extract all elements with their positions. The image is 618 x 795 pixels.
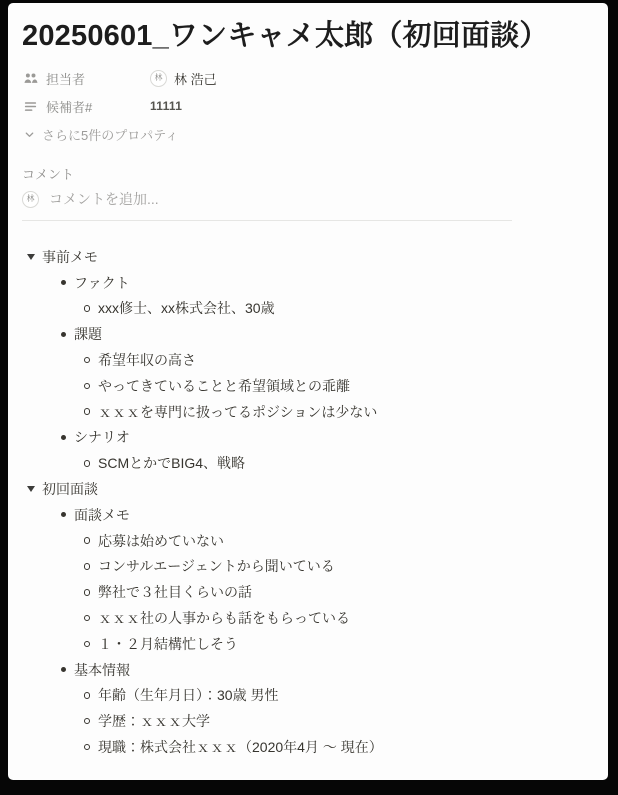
outline-item[interactable]: 基本情報	[22, 657, 588, 683]
outline-item-text: 現職：株式会社ｘｘｘ（2020年4月 ～ 現在）	[98, 737, 383, 757]
property-row-assignee[interactable]: 担当者 林 林 浩己	[22, 64, 588, 92]
outline-item[interactable]: xxx修士、xx株式会社、30歳	[22, 296, 588, 322]
chevron-down-icon	[22, 127, 36, 141]
outline-item[interactable]: 応募は始めていない	[22, 528, 588, 554]
avatar: 林	[150, 70, 167, 87]
outline-item-text: 応募は始めていない	[98, 531, 224, 551]
circle-bullet-icon[interactable]	[80, 605, 94, 631]
outline-item[interactable]: 面談メモ	[22, 502, 588, 528]
outline-item-text: ｘｘｘ社の人事からも話をもらっている	[98, 608, 350, 628]
outline-item[interactable]: 現職：株式会社ｘｘｘ（2020年4月 ～ 現在）	[22, 734, 588, 760]
circle-bullet-icon[interactable]	[80, 450, 94, 476]
circle-bullet-icon[interactable]	[80, 373, 94, 399]
outline-item-text: やってきていることと希望領域との乖離	[98, 376, 350, 396]
circle-bullet-icon[interactable]	[80, 579, 94, 605]
circle-bullet-icon[interactable]	[80, 683, 94, 709]
outline-item-text: 基本情報	[74, 660, 130, 680]
property-value-person[interactable]: 林 林 浩己	[150, 69, 217, 88]
outline-item-text: １・２月結構忙しそう	[98, 634, 238, 654]
outline-item[interactable]: コンサルエージェントから聞いている	[22, 554, 588, 580]
comment-input[interactable]: 林 コメントを追加...	[22, 186, 588, 212]
more-properties-button[interactable]: さらに5件のプロパティ	[22, 122, 588, 146]
toggle-triangle-icon[interactable]	[24, 476, 38, 502]
circle-bullet-icon[interactable]	[80, 631, 94, 657]
property-label: 担当者	[46, 69, 150, 88]
bullet-icon[interactable]	[56, 657, 70, 683]
page-content: 20250601_ワンキャメ太郎（初回面談） 担当者 林	[8, 3, 608, 760]
avatar: 林	[22, 191, 39, 208]
properties-panel: 担当者 林 林 浩己 候補者# 11111	[22, 64, 588, 146]
notion-page: 20250601_ワンキャメ太郎（初回面談） 担当者 林	[8, 3, 608, 780]
outline-item[interactable]: やってきていることと希望領域との乖離	[22, 373, 588, 399]
outline-item[interactable]: １・２月結構忙しそう	[22, 631, 588, 657]
outline-item-text: 学歴：ｘｘｘ大学	[98, 711, 210, 731]
text-icon	[22, 98, 38, 114]
outline-item[interactable]: SCMとかでBIG4、戦略	[22, 450, 588, 476]
outline-item-text: 弊社で３社目くらいの話	[98, 582, 252, 602]
outline-item-text: 年齢（生年月日）：30歳 男性	[98, 685, 278, 705]
outline-item[interactable]: 年齢（生年月日）：30歳 男性	[22, 683, 588, 709]
circle-bullet-icon[interactable]	[80, 734, 94, 760]
property-row-candidate-number[interactable]: 候補者# 11111	[22, 92, 588, 120]
outline-item-text: xxx修士、xx株式会社、30歳	[98, 298, 275, 318]
bullet-icon[interactable]	[56, 502, 70, 528]
outline-item-text: 初回面談	[42, 479, 98, 499]
circle-bullet-icon[interactable]	[80, 554, 94, 580]
page-title[interactable]: 20250601_ワンキャメ太郎（初回面談）	[22, 18, 562, 54]
circle-bullet-icon[interactable]	[80, 708, 94, 734]
outline-item[interactable]: シナリオ	[22, 425, 588, 451]
circle-bullet-icon[interactable]	[80, 347, 94, 373]
people-icon	[22, 70, 38, 86]
comment-placeholder: コメントを追加...	[49, 189, 159, 209]
circle-bullet-icon[interactable]	[80, 296, 94, 322]
circle-bullet-icon[interactable]	[80, 528, 94, 554]
outline-item-text: ファクト	[74, 273, 130, 293]
bullet-icon[interactable]	[56, 321, 70, 347]
property-label: 候補者#	[46, 97, 150, 116]
outline: 事前メモ ファクト xxx修士、xx株式会社、30歳 課題 希望年収の高さ やっ…	[22, 244, 588, 760]
outline-item[interactable]: ｘｘｘ社の人事からも話をもらっている	[22, 605, 588, 631]
outline-item-text: 希望年収の高さ	[98, 350, 196, 370]
outline-item[interactable]: 課題	[22, 321, 588, 347]
person-name: 林 浩己	[174, 69, 217, 88]
bullet-icon[interactable]	[56, 425, 70, 451]
outline-item[interactable]: 学歴：ｘｘｘ大学	[22, 708, 588, 734]
window-frame: 20250601_ワンキャメ太郎（初回面談） 担当者 林	[0, 0, 618, 795]
outline-item-text: シナリオ	[74, 427, 130, 447]
outline-item-text: 面談メモ	[74, 505, 130, 525]
outline-item-text: SCMとかでBIG4、戦略	[98, 453, 245, 473]
divider	[22, 220, 512, 221]
circle-bullet-icon[interactable]	[80, 399, 94, 425]
outline-item-text: コンサルエージェントから聞いている	[98, 556, 335, 576]
outline-item-text: 課題	[74, 324, 102, 344]
outline-item[interactable]: ｘｘｘを専門に扱ってるポジションは少ない	[22, 399, 588, 425]
more-properties-label: さらに5件のプロパティ	[42, 125, 178, 144]
outline-item[interactable]: ファクト	[22, 270, 588, 296]
outline-item[interactable]: 初回面談	[22, 476, 588, 502]
outline-item-text: 事前メモ	[42, 247, 98, 267]
outline-item[interactable]: 事前メモ	[22, 244, 588, 270]
comments-section: コメント 林 コメントを追加...	[22, 164, 588, 221]
comments-label: コメント	[22, 164, 588, 180]
outline-item-text: ｘｘｘを専門に扱ってるポジションは少ない	[98, 402, 377, 422]
outline-item[interactable]: 希望年収の高さ	[22, 347, 588, 373]
bullet-icon[interactable]	[56, 270, 70, 296]
outline-item[interactable]: 弊社で３社目くらいの話	[22, 579, 588, 605]
property-value-number[interactable]: 11111	[150, 99, 182, 113]
toggle-triangle-icon[interactable]	[24, 244, 38, 270]
